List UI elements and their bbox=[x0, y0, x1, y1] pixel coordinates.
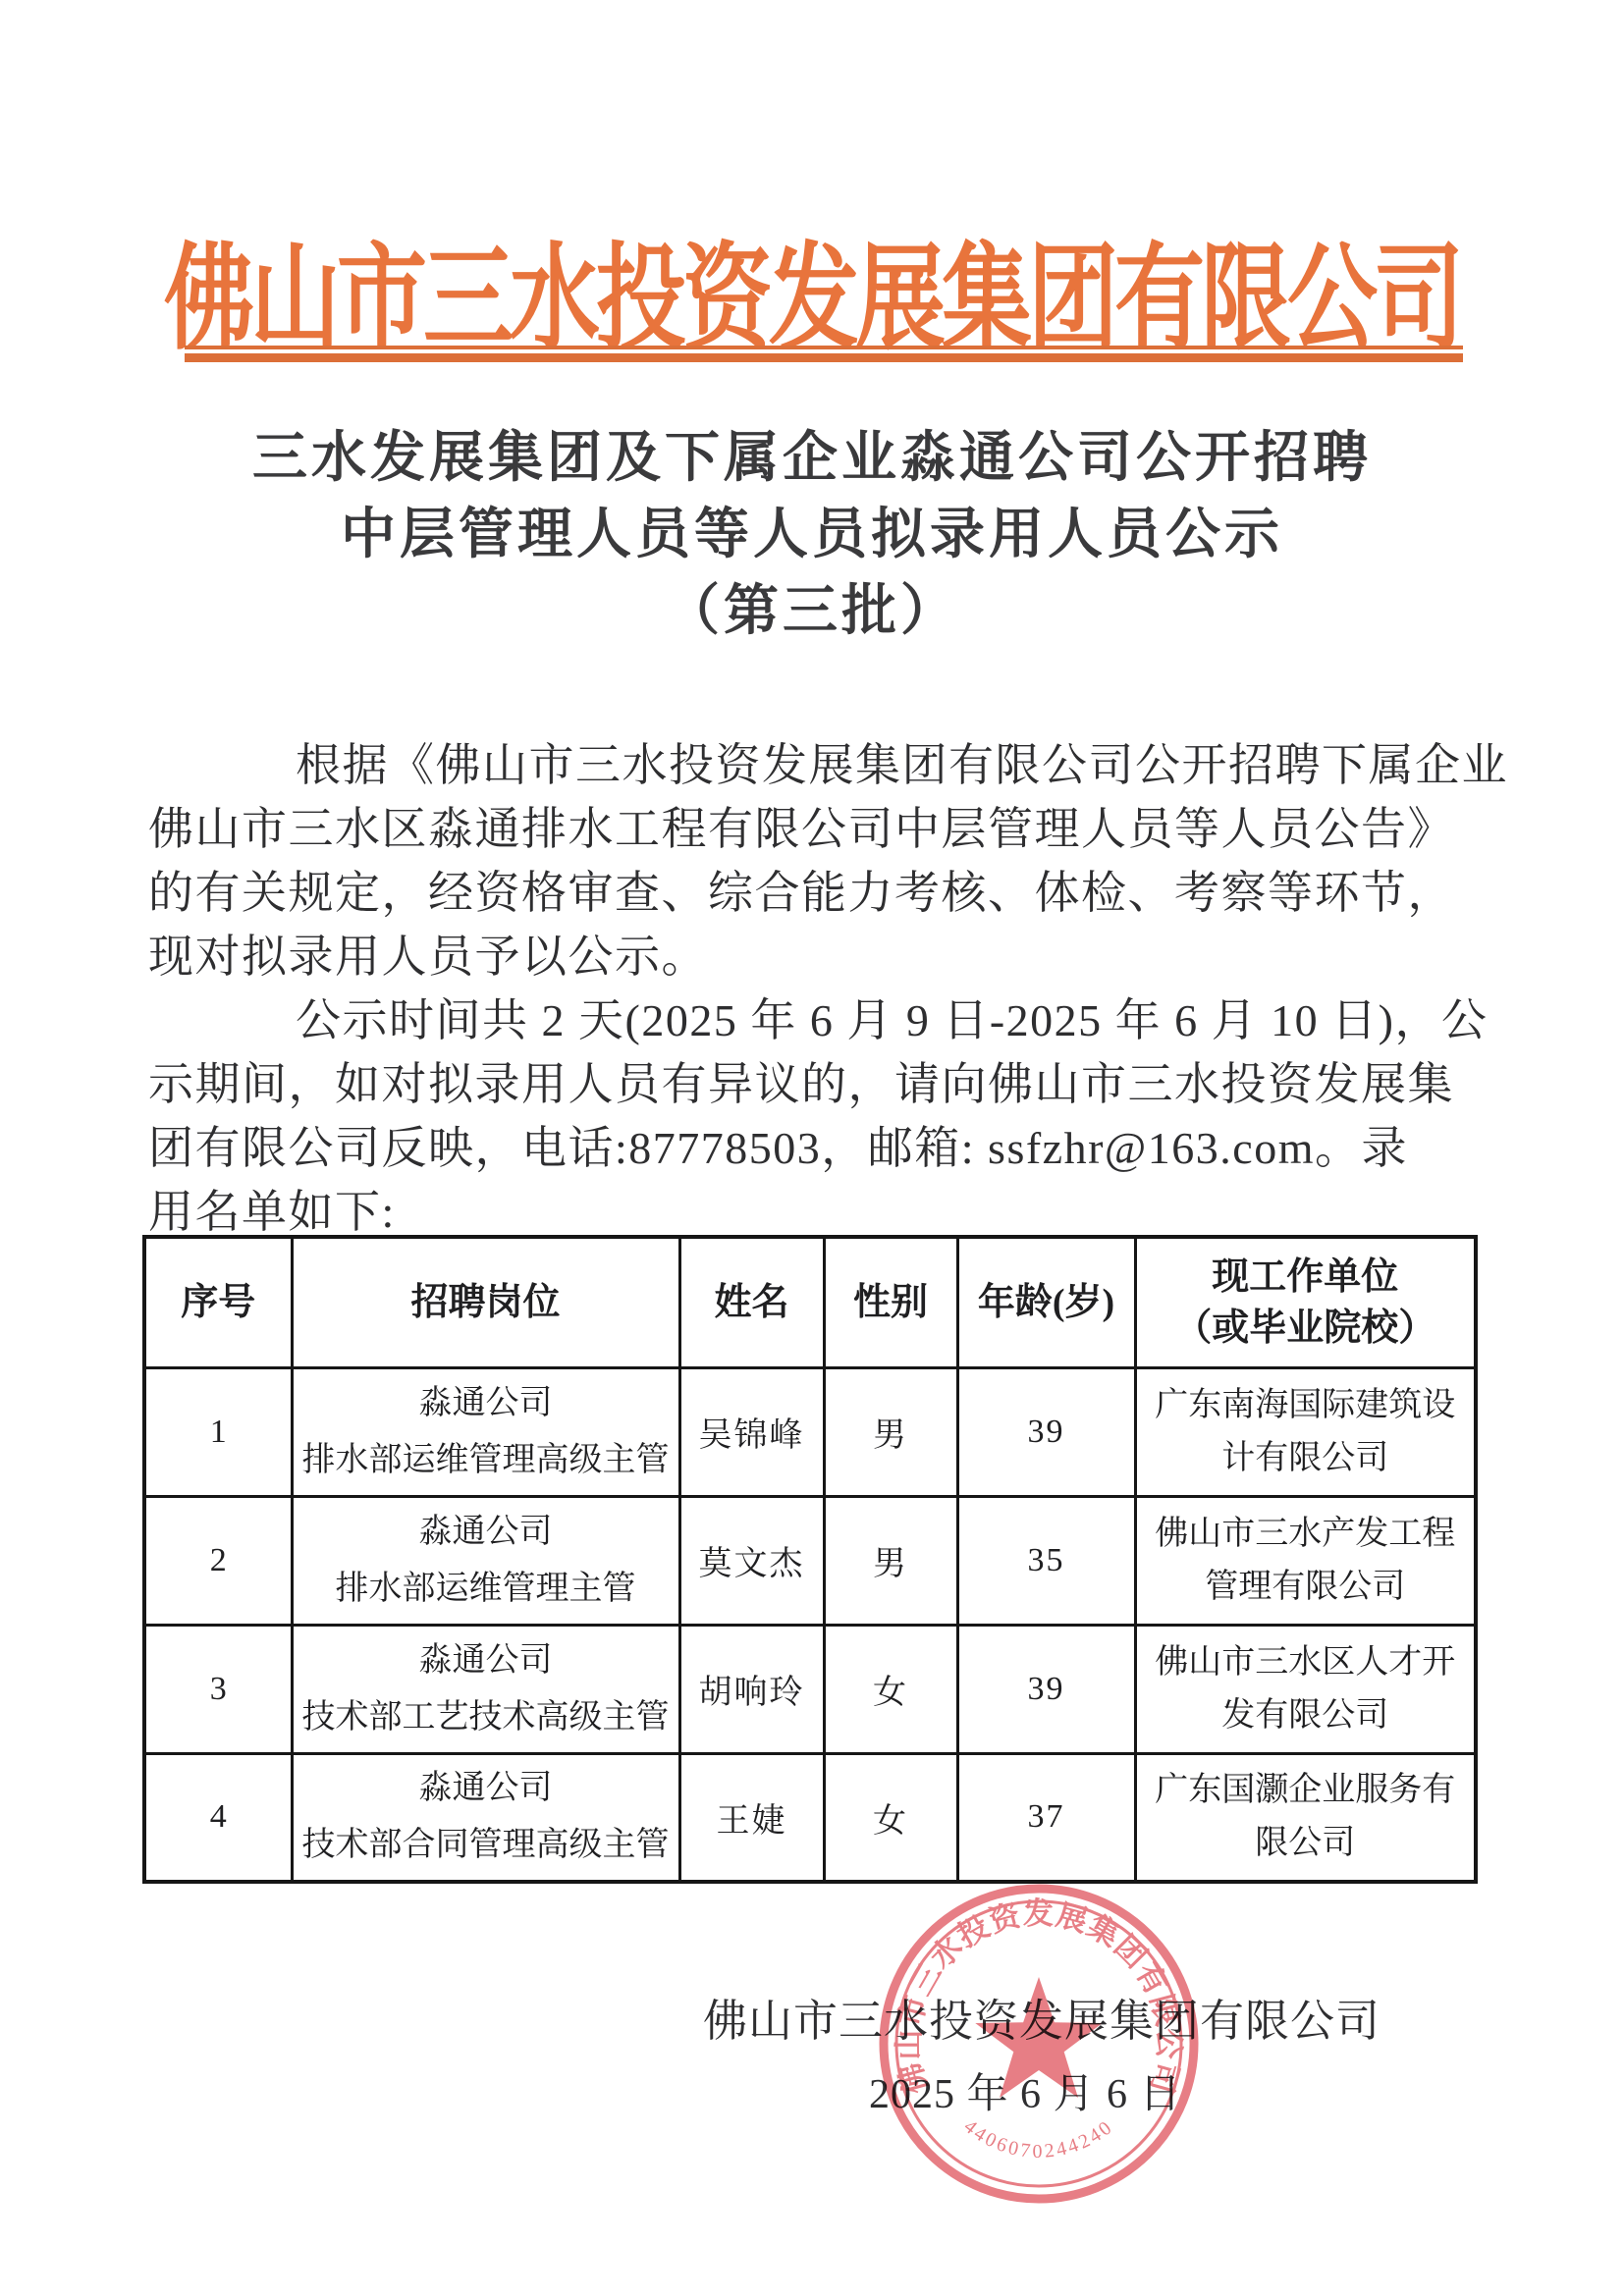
cell-no: 1 bbox=[144, 1367, 292, 1496]
cell-position-title: 排水部运维管理主管 bbox=[296, 1561, 677, 1618]
header-employer: 现工作单位 （或毕业院校） bbox=[1135, 1237, 1476, 1367]
announcement-page: 佛山市三水投资发展集团有限公司 三水发展集团及下属企业淼通公司公开招聘 中层管理… bbox=[0, 0, 1624, 2296]
cell-employer-text: 广东国灏企业服务有限公司 bbox=[1139, 1764, 1473, 1870]
paragraph1-line3: 的有关规定，经资格审查、综合能力考核、体检、考察等环节， bbox=[148, 861, 1473, 925]
cell-name: 莫文杰 bbox=[679, 1496, 824, 1625]
header-employer-line2: （或毕业院校） bbox=[1139, 1303, 1473, 1354]
header-position: 招聘岗位 bbox=[292, 1237, 679, 1367]
cell-name: 王婕 bbox=[679, 1753, 824, 1882]
header-name: 姓名 bbox=[679, 1237, 824, 1367]
hiring-roster-table: 序号 招聘岗位 姓名 性别 年龄(岁) 现工作单位 （或毕业院校） 1 淼通公司… bbox=[142, 1235, 1478, 1884]
cell-gender: 男 bbox=[824, 1367, 957, 1496]
header-employer-line1: 现工作单位 bbox=[1139, 1252, 1473, 1303]
cell-employer-text: 广东南海国际建筑设计有限公司 bbox=[1139, 1379, 1473, 1485]
cell-name: 吴锦峰 bbox=[679, 1367, 824, 1496]
cell-no: 3 bbox=[144, 1625, 292, 1753]
cell-age: 37 bbox=[957, 1753, 1135, 1882]
cell-position: 淼通公司 技术部合同管理高级主管 bbox=[292, 1753, 679, 1882]
cell-employer: 佛山市三水产发工程管理有限公司 bbox=[1135, 1496, 1476, 1625]
cell-employer-text: 佛山市三水产发工程管理有限公司 bbox=[1139, 1508, 1473, 1614]
paragraph1-line1: 根据《佛山市三水投资发展集团有限公司公开招聘下属企业 bbox=[148, 733, 1473, 797]
brand-divider-thin-line bbox=[185, 346, 1463, 349]
header-no: 序号 bbox=[144, 1237, 292, 1367]
table-row: 2 淼通公司 排水部运维管理主管 莫文杰 男 35 佛山市三水产发工程管理有限公… bbox=[144, 1496, 1476, 1625]
paragraph1-line2: 佛山市三水区淼通排水工程有限公司中层管理人员等人员公告》 bbox=[148, 797, 1473, 861]
cell-age: 35 bbox=[957, 1496, 1135, 1625]
seal-star-icon bbox=[975, 1977, 1102, 2098]
table-row: 4 淼通公司 技术部合同管理高级主管 王婕 女 37 广东国灏企业服务有限公司 bbox=[144, 1753, 1476, 1882]
document-title-line-3: （第三批） bbox=[0, 573, 1624, 650]
cell-employer: 佛山市三水区人才开发有限公司 bbox=[1135, 1625, 1476, 1753]
company-seal-stamp: 佛山市三水投资发展集团有限公司 4406070244240 bbox=[872, 1877, 1206, 2211]
cell-gender: 女 bbox=[824, 1753, 957, 1882]
document-title-line-1: 三水发展集团及下属企业淼通公司公开招聘 bbox=[0, 420, 1624, 497]
cell-position-company: 淼通公司 bbox=[296, 1760, 677, 1817]
table-row: 1 淼通公司 排水部运维管理高级主管 吴锦峰 男 39 广东南海国际建筑设计有限… bbox=[144, 1367, 1476, 1496]
cell-employer: 广东南海国际建筑设计有限公司 bbox=[1135, 1367, 1476, 1496]
cell-gender: 男 bbox=[824, 1496, 957, 1625]
document-title-line-2: 中层管理人员等人员拟录用人员公示 bbox=[0, 497, 1624, 573]
cell-position-title: 技术部工艺技术高级主管 bbox=[296, 1689, 677, 1746]
body-text: 根据《佛山市三水投资发展集团有限公司公开招聘下属企业 佛山市三水区淼通排水工程有… bbox=[148, 733, 1473, 1244]
cell-position: 淼通公司 排水部运维管理主管 bbox=[292, 1496, 679, 1625]
cell-position-company: 淼通公司 bbox=[296, 1632, 677, 1689]
paragraph1-line4: 现对拟录用人员予以公示。 bbox=[148, 925, 1473, 988]
cell-employer-text: 佛山市三水区人才开发有限公司 bbox=[1139, 1636, 1473, 1742]
cell-name: 胡响玲 bbox=[679, 1625, 824, 1753]
cell-position-title: 排水部运维管理高级主管 bbox=[296, 1432, 677, 1489]
paragraph2-line1: 公示时间共 2 天(2025 年 6 月 9 日-2025 年 6 月 10 日… bbox=[148, 988, 1473, 1052]
cell-position-title: 技术部合同管理高级主管 bbox=[296, 1817, 677, 1874]
cell-employer: 广东国灏企业服务有限公司 bbox=[1135, 1753, 1476, 1882]
cell-age: 39 bbox=[957, 1367, 1135, 1496]
header-gender: 性别 bbox=[824, 1237, 957, 1367]
cell-no: 2 bbox=[144, 1496, 292, 1625]
cell-no: 4 bbox=[144, 1753, 292, 1882]
paragraph2-line2: 示期间，如对拟录用人员有异议的，请向佛山市三水投资发展集 bbox=[148, 1052, 1473, 1116]
brand-divider-thick-line bbox=[185, 353, 1463, 362]
cell-position: 淼通公司 技术部工艺技术高级主管 bbox=[292, 1625, 679, 1753]
table-header-row: 序号 招聘岗位 姓名 性别 年龄(岁) 现工作单位 （或毕业院校） bbox=[144, 1237, 1476, 1367]
cell-position: 淼通公司 排水部运维管理高级主管 bbox=[292, 1367, 679, 1496]
paragraph2-line3: 团有限公司反映，电话:87778503，邮箱: ssfzhr@163.com。录 bbox=[148, 1116, 1473, 1180]
header-age: 年龄(岁) bbox=[957, 1237, 1135, 1367]
cell-age: 39 bbox=[957, 1625, 1135, 1753]
document-title: 三水发展集团及下属企业淼通公司公开招聘 中层管理人员等人员拟录用人员公示 （第三… bbox=[0, 420, 1624, 650]
cell-position-company: 淼通公司 bbox=[296, 1504, 677, 1561]
cell-gender: 女 bbox=[824, 1625, 957, 1753]
seal-serial-number: 4406070244240 bbox=[959, 2115, 1117, 2163]
cell-position-company: 淼通公司 bbox=[296, 1375, 677, 1432]
brand-divider bbox=[185, 346, 1463, 362]
table-row: 3 淼通公司 技术部工艺技术高级主管 胡响玲 女 39 佛山市三水区人才开发有限… bbox=[144, 1625, 1476, 1753]
